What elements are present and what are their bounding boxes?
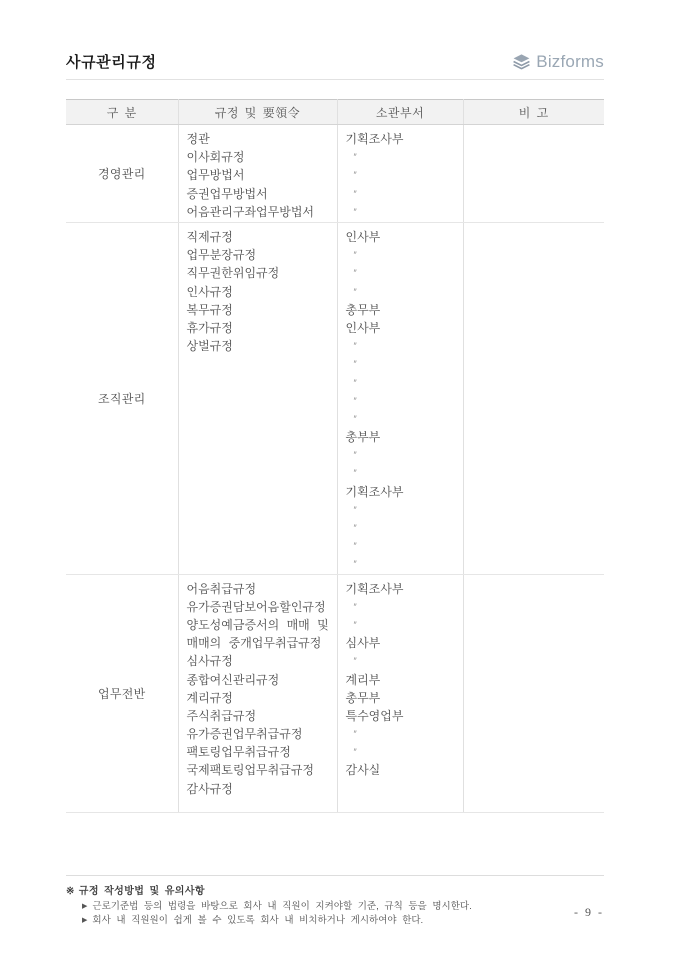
logo-text: Bizforms <box>536 52 604 72</box>
department-item: 감사실 <box>346 761 463 779</box>
document-page: 사규관리규정 Bizforms 구 분 규정 및 要領令 소관부서 비 고 <box>0 0 680 962</box>
footer-note-title-text: 규정 작성방법 및 유의사항 <box>79 886 205 897</box>
ditto-mark: ″ <box>346 264 463 282</box>
footer-bullet-text: 회사 내 직원원이 쉽게 볼 수 있도록 회사 내 비치하거나 게시하여야 한다… <box>92 915 423 926</box>
footer-note-title: ※규정 작성방법 및 유의사항 <box>66 882 604 897</box>
ditto-mark: ″ <box>346 537 463 555</box>
header-regulation: 규정 및 要領令 <box>178 100 337 125</box>
ditto-mark: ″ <box>346 148 463 166</box>
ditto-mark: ″ <box>346 555 463 573</box>
ditto-mark: ″ <box>346 616 463 634</box>
ditto-mark: ″ <box>346 598 463 616</box>
layers-icon <box>512 52 531 71</box>
departments-cell: 기획조사부″″심사부″계리부총무부특수영업부″″감사실 <box>337 574 463 812</box>
page-number: - 9 - <box>574 905 604 920</box>
regulation-item: 팩토링업무취급규정 <box>187 743 337 761</box>
regulation-item: 감사규정 <box>187 780 337 798</box>
regulation-item: 주식취급규정 <box>187 707 337 725</box>
triangle-bullet-icon: ▶ <box>82 917 87 924</box>
category-cell: 조직관리 <box>66 223 178 575</box>
remarks-cell <box>463 125 604 223</box>
regulation-item: 직제규정 <box>187 228 337 246</box>
remarks-cell <box>463 574 604 812</box>
footer-bullet-list: ▶근로기준법 등의 법령을 바탕으로 회사 내 직원이 지켜야할 기준, 규칙 … <box>66 900 604 928</box>
regulation-item: 어음취급규정 <box>187 580 337 598</box>
regulation-item: 정관 <box>187 130 337 148</box>
triangle-bullet-icon: ▶ <box>82 903 87 910</box>
regulation-item: 휴가규정 <box>187 319 337 337</box>
department-item: 인사부 <box>346 319 463 337</box>
department-item: 기획조사부 <box>346 483 463 501</box>
regulation-item: 유가증권담보어음할인규정 <box>187 598 337 616</box>
regulation-item: 업무분장규정 <box>187 246 337 264</box>
ditto-mark: ″ <box>346 446 463 464</box>
ditto-mark: ″ <box>346 355 463 373</box>
regulation-item: 유가증권업무취급규정 <box>187 725 337 743</box>
department-item: 총부부 <box>346 428 463 446</box>
department-item: 총무부 <box>346 689 463 707</box>
header-remarks: 비 고 <box>463 100 604 125</box>
category-cell: 경영관리 <box>66 125 178 223</box>
regulation-item: 매매의 중개업무취급규정 <box>187 634 337 652</box>
ditto-mark: ″ <box>346 392 463 410</box>
regulation-item: 업무방법서 <box>187 166 337 184</box>
department-item: 총무부 <box>346 301 463 319</box>
ditto-mark: ″ <box>346 652 463 670</box>
regulation-item: 인사규정 <box>187 283 337 301</box>
ditto-mark: ″ <box>346 283 463 301</box>
table-section-row: 경영관리정관이사회규정업무방법서증권업무방법서어음관리구좌업무방법서기획조사부″… <box>66 125 604 223</box>
ditto-mark: ″ <box>346 743 463 761</box>
ditto-mark: ″ <box>346 501 463 519</box>
ditto-mark: ″ <box>346 410 463 428</box>
category-cell: 업무전반 <box>66 574 178 812</box>
regulation-item: 양도성예금증서의 매매 및 <box>187 616 337 634</box>
regulation-item: 이사회규정 <box>187 148 337 166</box>
footer-bullet: ▶회사 내 직원원이 쉽게 볼 수 있도록 회사 내 비치하거나 게시하여야 한… <box>82 914 604 928</box>
department-item: 특수영업부 <box>346 707 463 725</box>
table-section-row: 업무전반어음취급규정유가증권담보어음할인규정양도성예금증서의 매매 및매매의 중… <box>66 574 604 812</box>
departments-cell: 인사부″″″총무부인사부″″″″″총부부″″기획조사부″″″″ <box>337 223 463 575</box>
departments-cell: 기획조사부″″″″ <box>337 125 463 223</box>
regulation-item: 국제팩토링업무취급규정 <box>187 761 337 779</box>
department-item: 심사부 <box>346 634 463 652</box>
footer-bullet-text: 근로기준법 등의 법령을 바탕으로 회사 내 직원이 지켜야할 기준, 규칙 등… <box>92 901 471 912</box>
footer-bullet: ▶근로기준법 등의 법령을 바탕으로 회사 내 직원이 지켜야할 기준, 규칙 … <box>82 900 604 914</box>
regulation-item: 복무규정 <box>187 301 337 319</box>
ditto-mark: ″ <box>346 166 463 184</box>
ditto-mark: ″ <box>346 337 463 355</box>
reference-mark-icon: ※ <box>66 886 75 897</box>
regulation-item: 어음관리구좌업무방법서 <box>187 203 337 221</box>
ditto-mark: ″ <box>346 725 463 743</box>
ditto-mark: ″ <box>346 246 463 264</box>
regulations-table: 구 분 규정 및 要領令 소관부서 비 고 경영관리정관이사회규정업무방법서증권… <box>66 99 604 813</box>
department-item: 계리부 <box>346 671 463 689</box>
regulation-item: 심사규정 <box>187 652 337 670</box>
regulation-item: 직무권한위임규정 <box>187 264 337 282</box>
regulation-item: 상벌규정 <box>187 337 337 355</box>
ditto-mark: ″ <box>346 519 463 537</box>
document-header: 사규관리규정 Bizforms <box>66 44 604 80</box>
regulation-item: 계리규정 <box>187 689 337 707</box>
regulations-cell: 직제규정업무분장규정직무권한위임규정인사규정복무규정휴가규정상벌규정 <box>178 223 337 575</box>
table-section-row: 조직관리직제규정업무분장규정직무권한위임규정인사규정복무규정휴가규정상벌규정인사… <box>66 223 604 575</box>
department-item: 기획조사부 <box>346 580 463 598</box>
department-item: 인사부 <box>346 228 463 246</box>
ditto-mark: ″ <box>346 374 463 392</box>
department-item: 기획조사부 <box>346 130 463 148</box>
remarks-cell <box>463 223 604 575</box>
header-department: 소관부서 <box>337 100 463 125</box>
regulation-item: 종합여신관리규정 <box>187 671 337 689</box>
regulations-cell: 어음취급규정유가증권담보어음할인규정양도성예금증서의 매매 및매매의 중개업무취… <box>178 574 337 812</box>
regulations-cell: 정관이사회규정업무방법서증권업무방법서어음관리구좌업무방법서 <box>178 125 337 223</box>
ditto-mark: ″ <box>346 464 463 482</box>
page-title: 사규관리규정 <box>66 51 157 72</box>
regulation-item: 증권업무방법서 <box>187 185 337 203</box>
ditto-mark: ″ <box>346 185 463 203</box>
bizforms-logo: Bizforms <box>512 52 604 72</box>
ditto-mark: ″ <box>346 203 463 221</box>
footer-note: ※규정 작성방법 및 유의사항 ▶근로기준법 등의 법령을 바탕으로 회사 내 … <box>66 875 604 928</box>
table-header-row: 구 분 규정 및 要領令 소관부서 비 고 <box>66 100 604 125</box>
header-category: 구 분 <box>66 100 178 125</box>
